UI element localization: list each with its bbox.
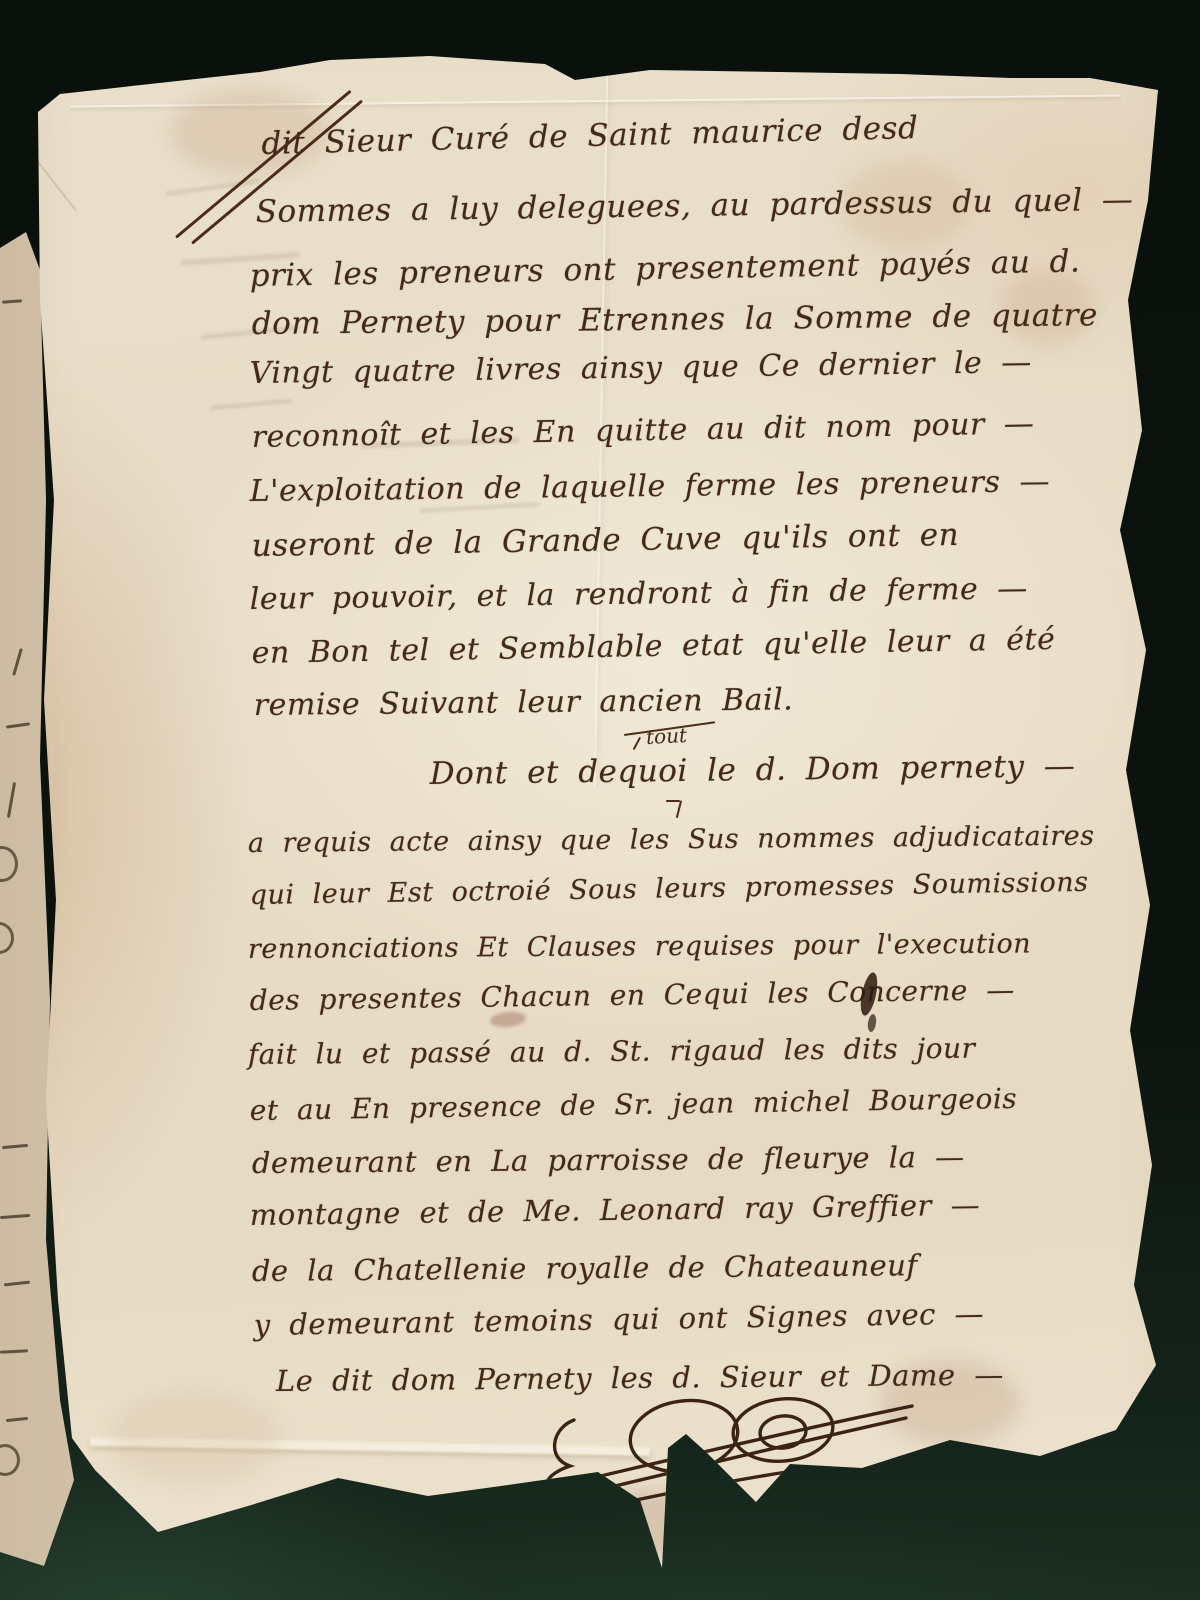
adjacent-page-ink-mark: [8, 171, 34, 177]
manuscript-line-17: fait lu et passé au d. St. rigaud les di…: [248, 1032, 976, 1071]
adjacent-page-ink-mark: [2, 1144, 28, 1149]
manuscript-paper: dit Sieur Curé de Saint maurice desd Som…: [0, 0, 1200, 1600]
adjacent-page-ink-mark: [0, 1349, 28, 1353]
manuscript-line-21: de la Chatellenie royalle de Chateauneuf: [252, 1248, 918, 1288]
adjacent-page-ink-mark: [6, 722, 30, 728]
manuscript-line-9: leur pouvoir, et la rendront à fin de fe…: [250, 571, 1028, 617]
show-through-mark: [165, 178, 260, 196]
fold-crease-corner: [17, 135, 77, 211]
manuscript-line-11: remise Suivant leur ancien Bail.: [254, 682, 794, 723]
insertion-caret: [633, 737, 641, 750]
manuscript-line-7: L'exploitation de laquelle ferme les pre…: [250, 464, 1051, 509]
adjacent-page-ink-mark: [7, 782, 16, 818]
manuscript-line-1: dit Sieur Curé de Saint maurice desd: [261, 110, 919, 162]
manuscript-line-22: y demeurant temoins qui ont Signes avec …: [253, 1297, 984, 1342]
signature-paraph: [478, 1378, 928, 1528]
show-through-mark: [210, 398, 292, 410]
photograph-background: dit Sieur Curé de Saint maurice desd Som…: [0, 0, 1200, 1600]
manuscript-line-14: qui leur Est octroié Sous leurs promesse…: [250, 867, 1089, 911]
ink-blot: [867, 1014, 877, 1033]
manuscript-line-18: et au En presence de Sr. jean michel Bou…: [249, 1082, 1017, 1127]
manuscript-line-4: dom Pernety pour Etrennes la Somme de qu…: [252, 297, 1098, 342]
renvoi-mark: [666, 800, 680, 802]
manuscript-line-19: demeurant en La parroisse de fleurye la …: [252, 1140, 965, 1180]
manuscript-line-5: Vingt quatre livres ainsy que Ce dernier…: [250, 345, 1033, 391]
manuscript-line-13: a requis acte ainsy que les Sus nommes a…: [248, 821, 1095, 859]
adjacent-page-ink-mark: [0, 846, 18, 882]
renvoi-mark: [676, 800, 682, 818]
adjacent-page-ink-mark: [4, 1281, 30, 1287]
manuscript-line-20: montagne et de Me. Leonard ray Greffier …: [250, 1188, 981, 1232]
adjacent-page-ink-mark: [0, 1444, 20, 1476]
adjacent-page-ink-mark: [12, 648, 23, 676]
adjacent-page-ink-mark: [0, 1214, 30, 1219]
manuscript-line-15: rennonciations Et Clauses requises pour …: [248, 929, 1031, 965]
manuscript-line-10: en Bon tel et Semblable etat qu'elle leu…: [251, 622, 1055, 671]
manuscript-line-6: reconnoît et les En quitte au dit nom po…: [251, 406, 1034, 455]
manuscript-line-12: Dont et dequoi le d. Dom pernety —: [430, 748, 1076, 792]
adjacent-page-ink-mark: [6, 1417, 28, 1422]
manuscript-line-3: prix les preneurs ont presentement payés…: [249, 244, 1080, 294]
manuscript-line-16: des presentes Chacun en Cequi les Concer…: [250, 973, 1015, 1017]
paper-stain: [110, 1390, 280, 1485]
adjacent-page-ink-mark: [0, 922, 14, 954]
adjacent-page-ink-mark: [2, 299, 22, 303]
manuscript-line-2: Sommes a luy deleguees, au pardessus du …: [255, 182, 1133, 230]
manuscript-line-8: useront de la Grande Cuve qu'ils ont en: [251, 517, 959, 564]
